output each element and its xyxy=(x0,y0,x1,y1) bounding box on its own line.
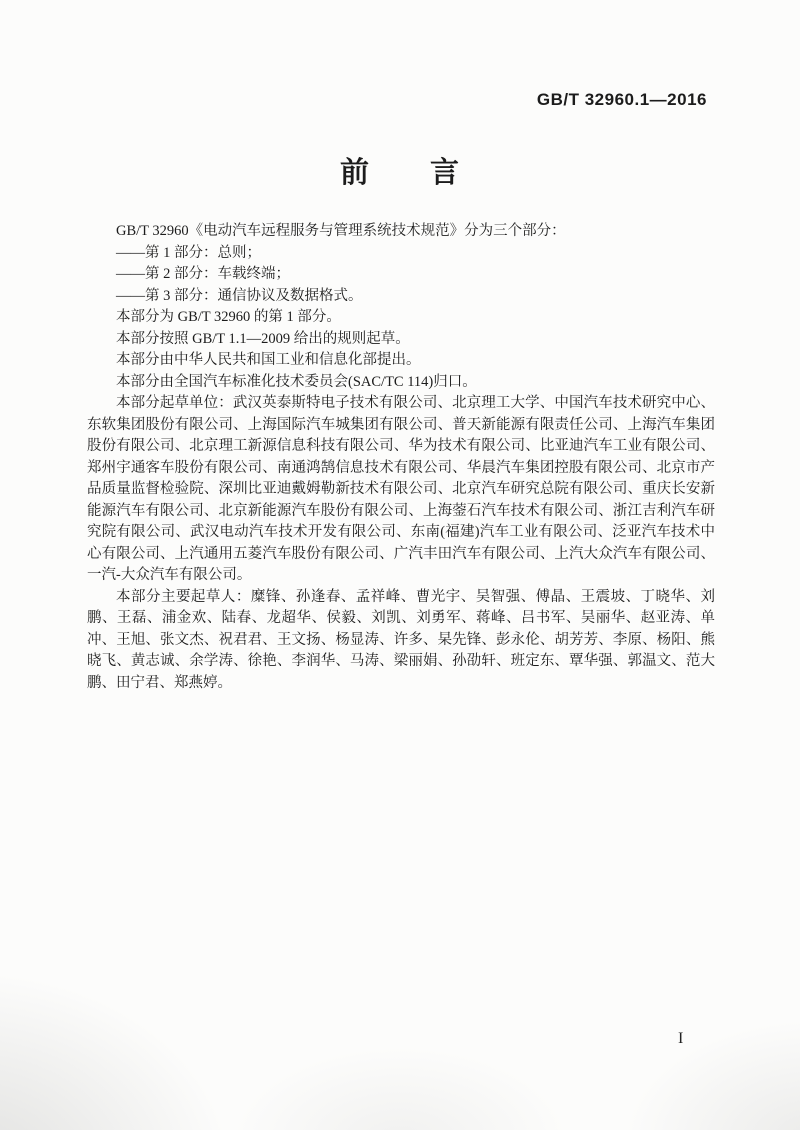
page-title: 前 言 xyxy=(0,150,800,191)
foreword-statement-2: 本部分按照 GB/T 1.1—2009 给出的规则起草。 xyxy=(87,329,715,351)
foreword-part-item-1: ——第 1 部分：总则； xyxy=(87,243,715,265)
foreword-statement-4: 本部分由全国汽车标准化技术委员会(SAC/TC 114)归口。 xyxy=(87,372,715,394)
foreword-part-item-2: ——第 2 部分：车载终端； xyxy=(87,264,715,286)
document-page: GB/T 32960.1—2016 前 言 GB/T 32960《电动汽车远程服… xyxy=(0,0,800,1130)
foreword-intro: GB/T 32960《电动汽车远程服务与管理系统技术规范》分为三个部分： xyxy=(87,221,715,243)
drafting-organizations-paragraph: 本部分起草单位：武汉英泰斯特电子技术有限公司、北京理工大学、中国汽车技术研究中心… xyxy=(87,393,715,587)
foreword-statement-3: 本部分由中华人民共和国工业和信息化部提出。 xyxy=(87,350,715,372)
foreword-body: GB/T 32960《电动汽车远程服务与管理系统技术规范》分为三个部分： ——第… xyxy=(87,221,715,694)
main-drafters-paragraph: 本部分主要起草人：糜锋、孙逢春、孟祥峰、曹光宇、吴智强、傅晶、王震坡、丁晓华、刘… xyxy=(87,587,715,695)
foreword-part-item-3: ——第 3 部分：通信协议及数据格式。 xyxy=(87,286,715,308)
standard-number: GB/T 32960.1—2016 xyxy=(537,90,707,110)
foreword-statement-1: 本部分为 GB/T 32960 的第 1 部分。 xyxy=(87,307,715,329)
page-number: I xyxy=(678,1030,683,1048)
